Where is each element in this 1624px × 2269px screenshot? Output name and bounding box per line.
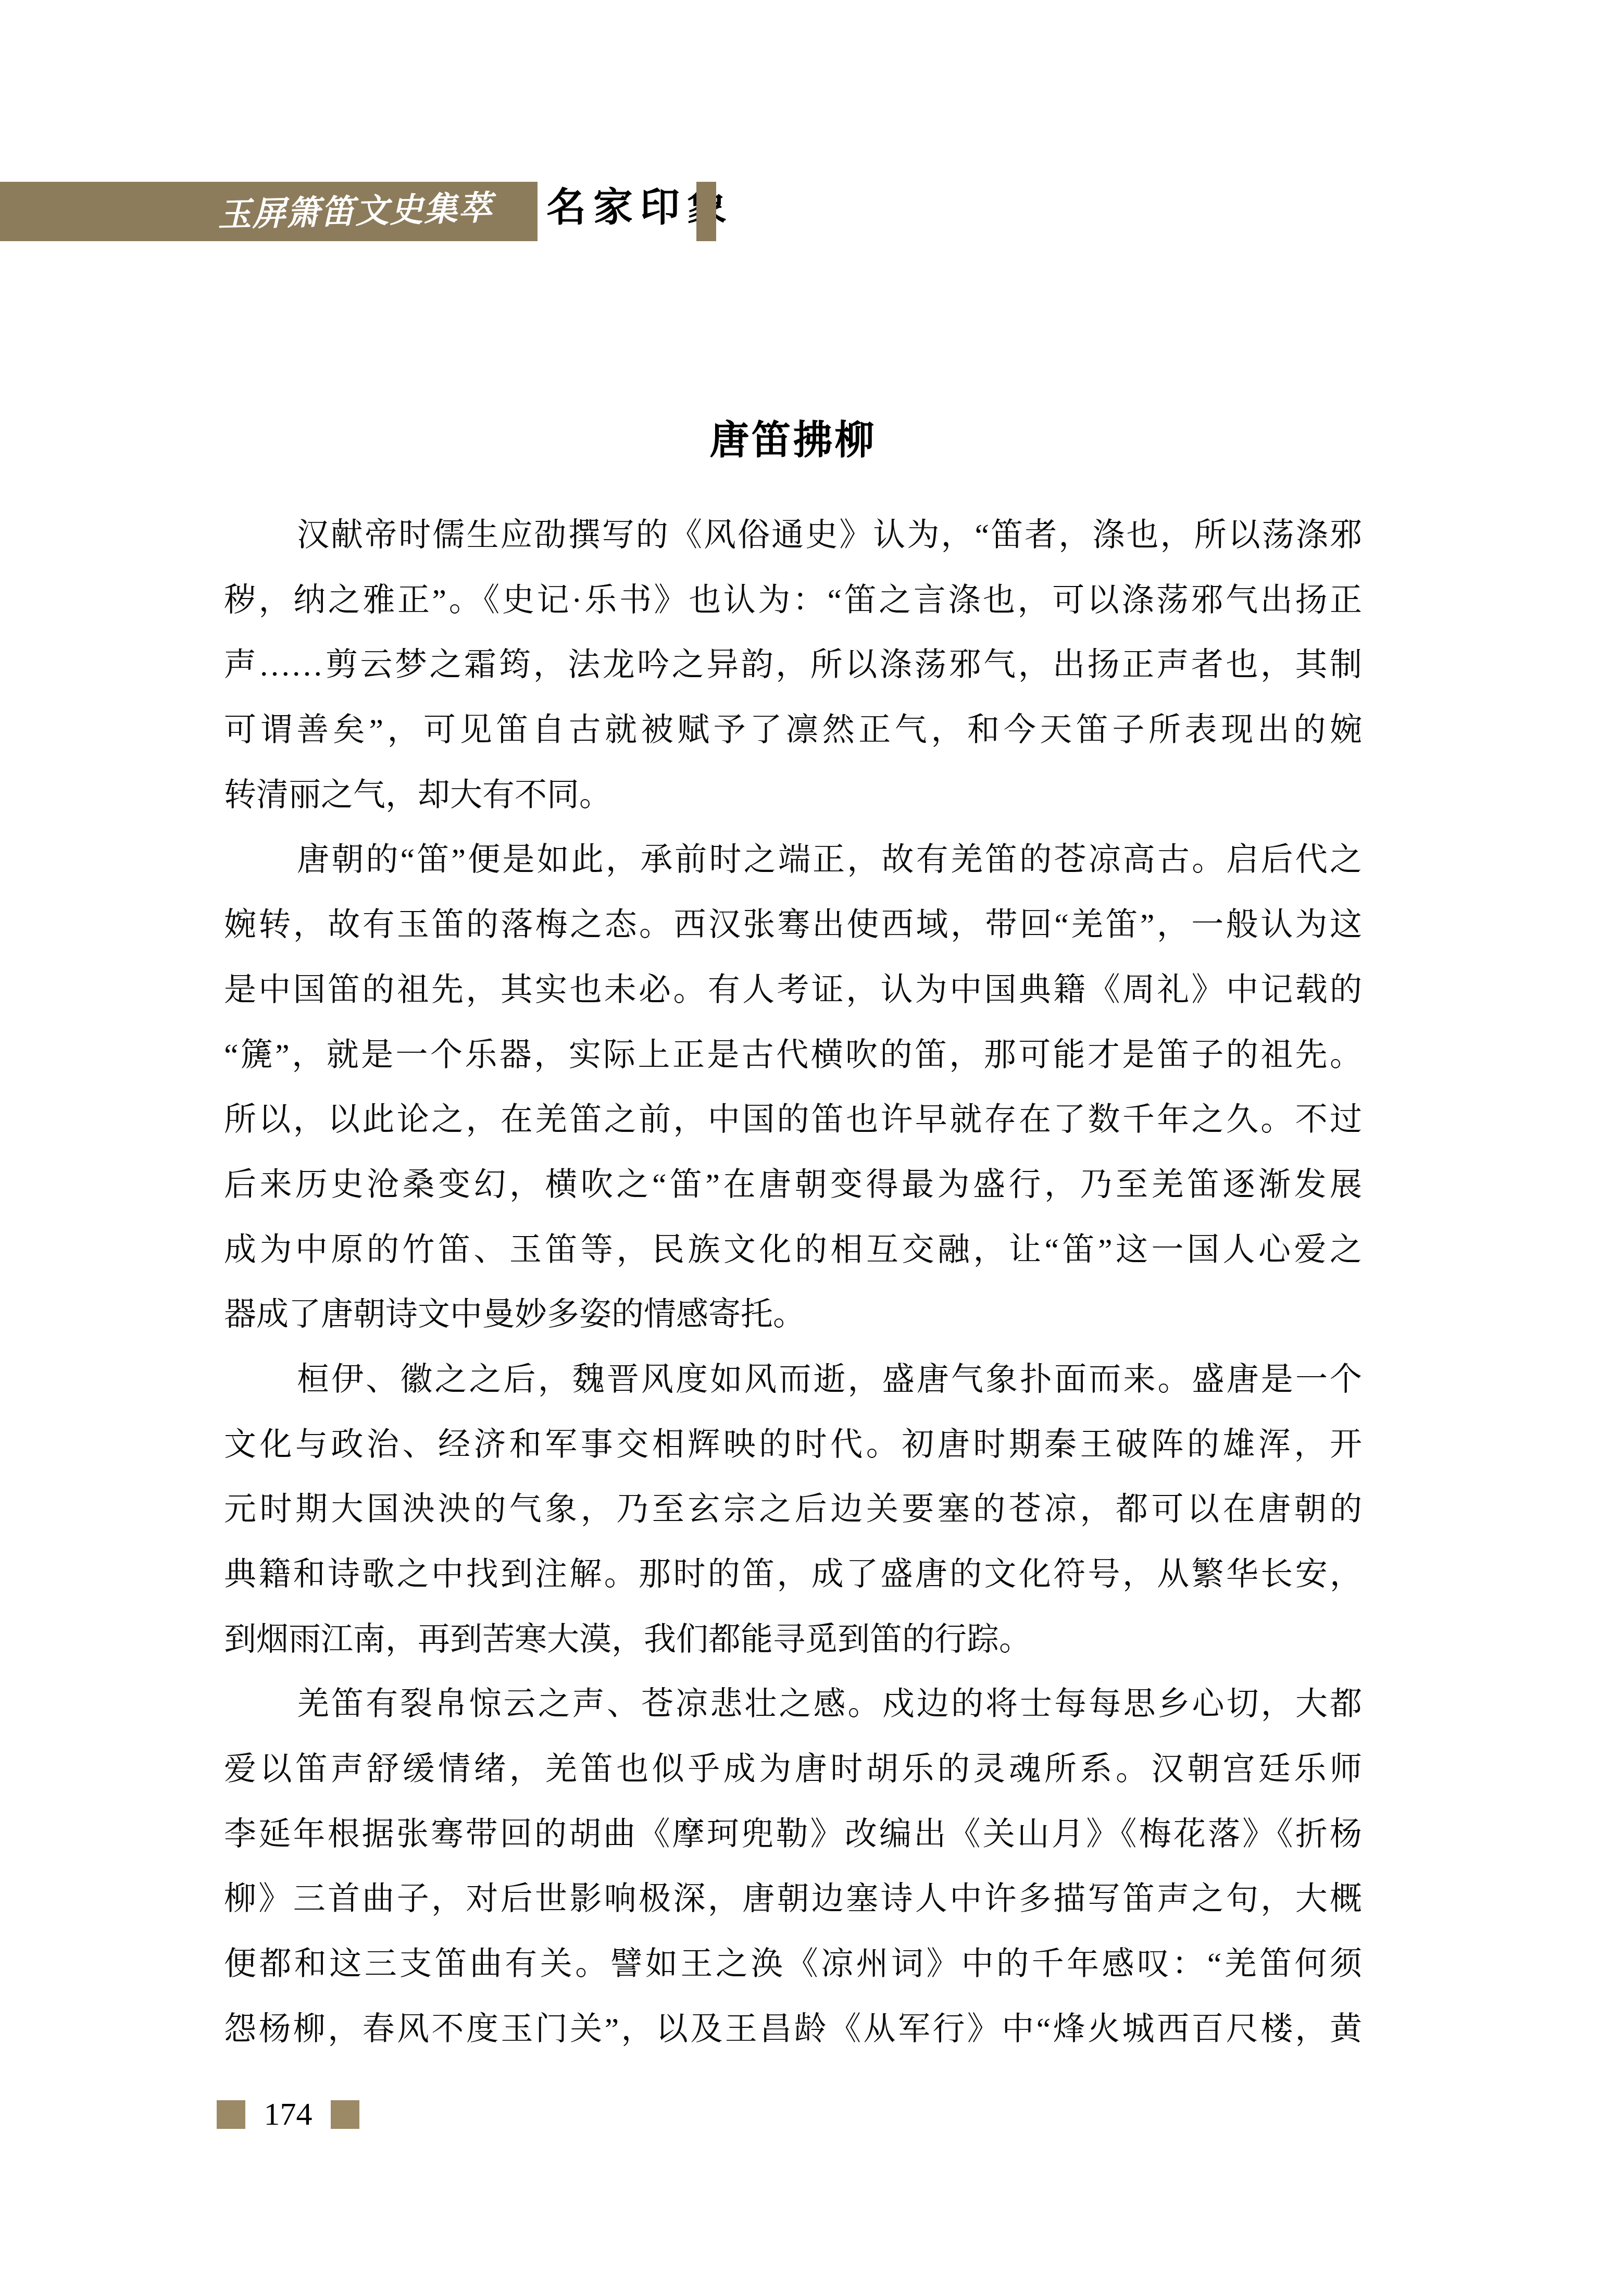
body-line: 爱以笛声舒缓情绪，羌笛也似乎成为唐时胡乐的灵魂所系。汉朝宫廷乐师 (224, 1737, 1362, 1802)
body-line: 到烟雨江南，再到苦寒大漠，我们都能寻觅到笛的行踪。 (224, 1607, 1362, 1673)
body-line: 可谓善矣”，可见笛自古就被赋予了凛然正气，和今天笛子所表现出的婉 (224, 698, 1362, 763)
body-line: 柳》三首曲子，对后世影响极深，唐朝边塞诗人中许多描写笛声之句，大概 (224, 1867, 1362, 1932)
body-line: 羌笛有裂帛惊云之声、苍凉悲壮之感。戍边的将士每每思乡心切，大都 (224, 1672, 1362, 1737)
body-line: 汉献帝时儒生应劭撰写的《风俗通史》认为，“笛者，涤也，所以荡涤邪 (224, 503, 1362, 568)
book-page: 玉屏箫笛文史集萃 名家印象 唐笛拂柳 汉献帝时儒生应劭撰写的《风俗通史》认为，“… (0, 0, 1624, 2269)
body-line: 器成了唐朝诗文中曼妙多姿的情感寄托。 (224, 1282, 1362, 1348)
body-line: 转清丽之气，却大有不同。 (224, 763, 1362, 828)
body-line: 所以，以此论之，在羌笛之前，中国的笛也许早就存在了数千年之久。不过 (224, 1088, 1362, 1153)
body-line: 婉转，故有玉笛的落梅之态。西汉张骞出使西域，带回“羌笛”，一般认为这 (224, 893, 1362, 958)
page-title: 唐笛拂柳 (224, 408, 1362, 465)
footer-accent-square-right (331, 2100, 359, 2129)
body-line: 唐朝的“笛”便是如此，承前时之端正，故有羌笛的苍凉高古。启后代之 (224, 828, 1362, 893)
body-line: 后来历史沧桑变幻，横吹之“笛”在唐朝变得最为盛行，乃至羌笛逐渐发展 (224, 1153, 1362, 1218)
body-line: 秽，纳之雅正”。《史记·乐书》也认为：“笛之言涤也，可以涤荡邪气出扬正 (224, 568, 1362, 633)
body-line: 便都和这三支笛曲有关。譬如王之涣《凉州词》中的千年感叹：“羌笛何须 (224, 1932, 1362, 1997)
body-line: 典籍和诗歌之中找到注解。那时的笛，成了盛唐的文化符号，从繁华长安， (224, 1542, 1362, 1607)
body-line: 声……剪云梦之霜筠，法龙吟之异韵，所以涤荡邪气，出扬正声者也，其制 (224, 633, 1362, 698)
header-accent-square (696, 182, 716, 241)
body-line: 成为中原的竹笛、玉笛等，民族文化的相互交融，让“笛”这一国人心爱之 (224, 1218, 1362, 1283)
body-line: 桓伊、徽之之后，魏晋风度如风而逝，盛唐气象扑面而来。盛唐是一个 (224, 1348, 1362, 1413)
body-line: 是中国笛的祖先，其实也未必。有人考证，认为中国典籍《周礼》中记载的 (224, 958, 1362, 1023)
body-line: 李延年根据张骞带回的胡曲《摩珂兜勒》改编出《关山月》《梅花落》《折杨 (224, 1802, 1362, 1867)
body-line: 文化与政治、经济和军事交相辉映的时代。初唐时期秦王破阵的雄浑，开 (224, 1413, 1362, 1478)
body-text: 汉献帝时儒生应劭撰写的《风俗通史》认为，“笛者，涤也，所以荡涤邪 秽，纳之雅正”… (224, 503, 1362, 2062)
header-banner: 玉屏箫笛文史集萃 (0, 182, 538, 241)
body-line: “篪”，就是一个乐器，实际上正是古代横吹的笛，那可能才是笛子的祖先。 (224, 1023, 1362, 1088)
page-number: 174 (250, 2096, 326, 2133)
body-line: 怨杨柳，春风不度玉门关”，以及王昌龄《从军行》中“烽火城西百尺楼，黄 (224, 1997, 1362, 2062)
footer-accent-square-left (217, 2100, 245, 2129)
body-line: 元时期大国泱泱的气象，乃至玄宗之后边关要塞的苍凉，都可以在唐朝的 (224, 1477, 1362, 1542)
banner-calligraphy: 玉屏箫笛文史集萃 (217, 178, 521, 245)
